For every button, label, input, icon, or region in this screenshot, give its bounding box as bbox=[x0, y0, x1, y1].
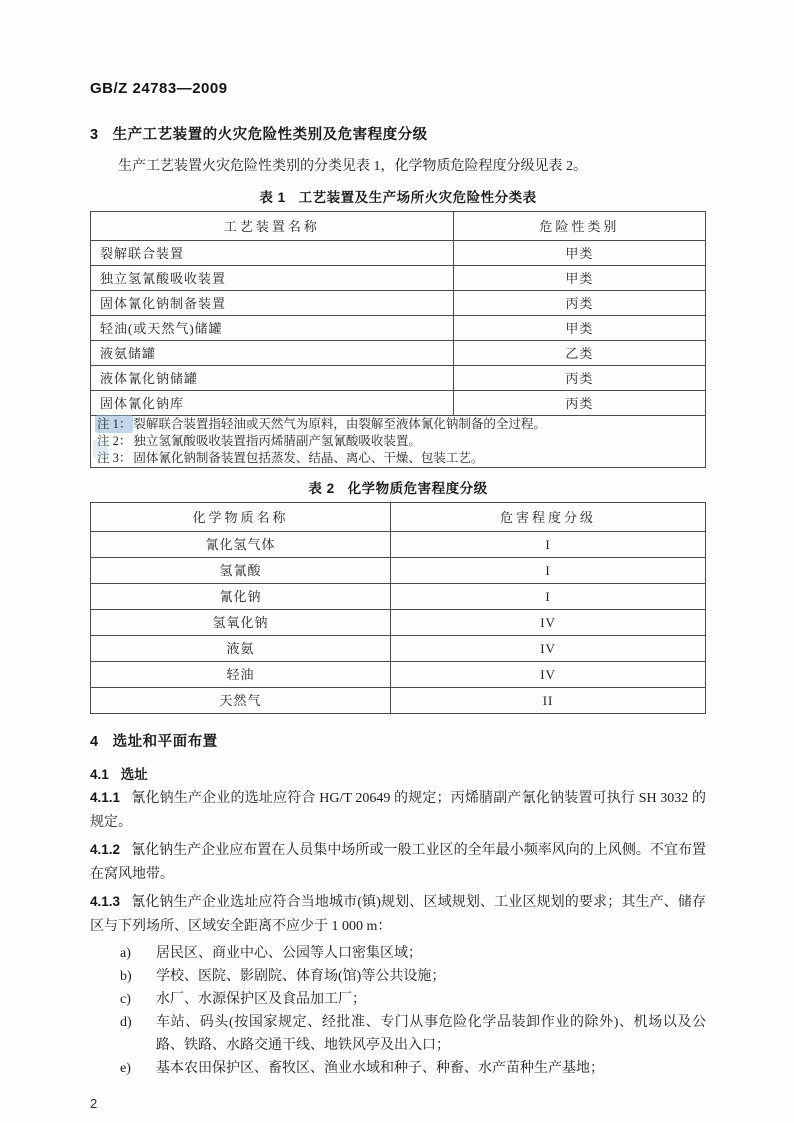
table-row: 固体氰化钠制备装置 丙类 bbox=[91, 291, 706, 316]
table-row: 液氨 IV bbox=[91, 636, 706, 662]
section-4-1-number: 4.1 bbox=[90, 767, 109, 782]
table-1-col-header: 工艺装置名称 bbox=[91, 212, 454, 241]
table-cell-substance: 氰化氢气体 bbox=[91, 532, 391, 558]
list-item-label: a) bbox=[120, 942, 156, 965]
table-cell-class: 丙类 bbox=[453, 291, 705, 316]
table-row: 氰化钠 I bbox=[91, 584, 706, 610]
list-item-a: a) 居民区、商业中心、公园等人口密集区域； bbox=[90, 942, 706, 965]
table-2-col-header: 危害程度分级 bbox=[391, 503, 706, 532]
table-1-caption: 表 1工艺装置及生产场所火灾危险性分类表 bbox=[90, 186, 706, 206]
table-cell-substance: 氰化钠 bbox=[91, 584, 391, 610]
page-number: 2 bbox=[90, 1096, 706, 1111]
list-item-b: b) 学校、医院、影剧院、体育场(馆)等公共设施； bbox=[90, 965, 706, 988]
table-note-1: 注 1：裂解联合装置指轻油或天然气为原料，由裂解至液体氰化钠制备的全过程。 bbox=[97, 416, 699, 433]
table-row: 天然气 II bbox=[91, 688, 706, 714]
table-row: 独立氢氰酸吸收装置 甲类 bbox=[91, 266, 706, 291]
table-cell-device: 液氨储罐 bbox=[91, 341, 454, 366]
table-2-header-row: 化学物质名称 危害程度分级 bbox=[91, 503, 706, 532]
list-item-label: e) bbox=[120, 1057, 156, 1080]
table-cell-grade: I bbox=[391, 532, 706, 558]
section-3-title: 生产工艺装置的火灾危险性类别及危害程度分级 bbox=[113, 127, 428, 143]
table-1-notes: 注 1：裂解联合装置指轻油或天然气为原料，由裂解至液体氰化钠制备的全过程。 注 … bbox=[91, 416, 706, 468]
table-row: 氢氰酸 I bbox=[91, 558, 706, 584]
clause-4-1-3: 4.1.3氰化钠生产企业选址应符合当地城市(镇)规划、区域规划、工业区规划的要求… bbox=[90, 890, 706, 939]
section-4-1-title: 选址 bbox=[121, 767, 148, 782]
section-3-intro: 生产工艺装置火灾危险性类别的分类见表 1，化学物质危险程度分级见表 2。 bbox=[90, 156, 706, 177]
table-1-header-row: 工艺装置名称 危险性类别 bbox=[91, 212, 706, 241]
table-row: 液氨储罐 乙类 bbox=[91, 341, 706, 366]
table-cell-grade: IV bbox=[391, 610, 706, 636]
clause-text: 氰化钠生产企业应布置在人员集中场所或一般工业区的全年最小频率风向的上风侧。不宜布… bbox=[90, 843, 706, 882]
note-1-text: 裂解联合装置指轻油或天然气为原料，由裂解至液体氰化钠制备的全过程。 bbox=[133, 417, 546, 431]
table-cell-device: 裂解联合装置 bbox=[91, 241, 454, 266]
clause-4-1-1: 4.1.1氰化钠生产企业的选址应符合 HG/T 20649 的规定；丙烯腈副产氰… bbox=[90, 786, 706, 835]
clause-number: 4.1.1 bbox=[90, 790, 120, 805]
section-4-heading: 4选址和平面布置 bbox=[90, 730, 706, 751]
doc-code: GB/Z 24783—2009 bbox=[90, 80, 706, 97]
highlight-smudge bbox=[93, 440, 108, 458]
table-2: 化学物质名称 危害程度分级 氰化氢气体 I 氢氰酸 I 氰化钠 I 氢氧化钠 I… bbox=[90, 502, 706, 714]
table-row: 氰化氢气体 I bbox=[91, 532, 706, 558]
list-item-text: 车站、码头(按国家规定、经批准、专门从事危险化学品装卸作业的除外)、机场以及公路… bbox=[156, 1011, 706, 1057]
table-row: 轻油(或天然气)储罐 甲类 bbox=[91, 316, 706, 341]
table-note-2: 注 2：独立氢氰酸吸收装置指丙烯腈副产氢氰酸吸收装置。 bbox=[97, 433, 699, 450]
table-1: 工艺装置名称 危险性类别 裂解联合装置 甲类 独立氢氰酸吸收装置 甲类 固体氰化… bbox=[90, 211, 706, 468]
table-2-col-header: 化学物质名称 bbox=[91, 503, 391, 532]
clause-text: 氰化钠生产企业选址应符合当地城市(镇)规划、区域规划、工业区规划的要求；其生产、… bbox=[90, 895, 706, 934]
list-item-e: e) 基本农田保护区、畜牧区、渔业水域和种子、种畜、水产苗种生产基地； bbox=[90, 1057, 706, 1080]
document-page: GB/Z 24783—2009 3生产工艺装置的火灾危险性类别及危害程度分级 生… bbox=[0, 0, 794, 1123]
table-cell-device: 轻油(或天然气)储罐 bbox=[91, 316, 454, 341]
table-row: 裂解联合装置 甲类 bbox=[91, 241, 706, 266]
table-cell-device: 液体氰化钠储罐 bbox=[91, 366, 454, 391]
clause-4-1-2: 4.1.2氰化钠生产企业应布置在人员集中场所或一般工业区的全年最小频率风向的上风… bbox=[90, 838, 706, 887]
clause-text: 氰化钠生产企业的选址应符合 HG/T 20649 的规定；丙烯腈副产氰化钠装置可… bbox=[90, 791, 706, 830]
list-item-text: 水厂、水源保护区及食品加工厂； bbox=[156, 988, 706, 1011]
section-4-1-heading: 4.1选址 bbox=[90, 763, 706, 783]
note-2-text: 独立氢氰酸吸收装置指丙烯腈副产氢氰酸吸收装置。 bbox=[133, 434, 421, 448]
table-cell-device: 固体氰化钠库 bbox=[91, 391, 454, 416]
table-1-caption-label: 表 1 bbox=[259, 190, 285, 205]
list-item-label: d) bbox=[120, 1011, 156, 1057]
table-cell-grade: I bbox=[391, 584, 706, 610]
table-1-notes-row: 注 1：裂解联合装置指轻油或天然气为原料，由裂解至液体氰化钠制备的全过程。 注 … bbox=[91, 416, 706, 468]
table-cell-grade: IV bbox=[391, 662, 706, 688]
table-cell-class: 丙类 bbox=[453, 391, 705, 416]
table-row: 氢氧化钠 IV bbox=[91, 610, 706, 636]
table-cell-grade: IV bbox=[391, 636, 706, 662]
table-cell-substance: 氢氧化钠 bbox=[91, 610, 391, 636]
table-cell-substance: 氢氰酸 bbox=[91, 558, 391, 584]
table-cell-class: 甲类 bbox=[453, 316, 705, 341]
table-row: 固体氰化钠库 丙类 bbox=[91, 391, 706, 416]
table-cell-class: 丙类 bbox=[453, 366, 705, 391]
note-3-text: 固体氰化钠制备装置包括蒸发、结晶、离心、干燥、包装工艺。 bbox=[133, 451, 483, 465]
table-cell-grade: I bbox=[391, 558, 706, 584]
table-cell-substance: 轻油 bbox=[91, 662, 391, 688]
table-cell-class: 乙类 bbox=[453, 341, 705, 366]
table-cell-device: 固体氰化钠制备装置 bbox=[91, 291, 454, 316]
table-note-3: 注 3：固体氰化钠制备装置包括蒸发、结晶、离心、干燥、包装工艺。 bbox=[97, 450, 699, 467]
table-cell-grade: II bbox=[391, 688, 706, 714]
list-item-text: 学校、医院、影剧院、体育场(馆)等公共设施； bbox=[156, 965, 706, 988]
table-2-caption: 表 2化学物质危害程度分级 bbox=[90, 477, 706, 497]
clause-number: 4.1.2 bbox=[90, 842, 120, 857]
clause-4-1-3-list: a) 居民区、商业中心、公园等人口密集区域； b) 学校、医院、影剧院、体育场(… bbox=[90, 942, 706, 1080]
section-4-title: 选址和平面布置 bbox=[113, 734, 218, 750]
list-item-d: d) 车站、码头(按国家规定、经批准、专门从事危险化学品装卸作业的除外)、机场以… bbox=[90, 1011, 706, 1057]
table-1-caption-title: 工艺装置及生产场所火灾危险性分类表 bbox=[299, 190, 537, 205]
table-2-caption-label: 表 2 bbox=[308, 481, 334, 496]
list-item-label: b) bbox=[120, 965, 156, 988]
list-item-label: c) bbox=[120, 988, 156, 1011]
list-item-text: 居民区、商业中心、公园等人口密集区域； bbox=[156, 942, 706, 965]
section-3-number: 3 bbox=[90, 127, 99, 143]
section-4-number: 4 bbox=[90, 734, 99, 750]
note-1-label: 注 1： bbox=[97, 417, 131, 431]
table-cell-device: 独立氢氰酸吸收装置 bbox=[91, 266, 454, 291]
table-cell-class: 甲类 bbox=[453, 266, 705, 291]
list-item-text: 基本农田保护区、畜牧区、渔业水域和种子、种畜、水产苗种生产基地； bbox=[156, 1057, 706, 1080]
table-row: 液体氰化钠储罐 丙类 bbox=[91, 366, 706, 391]
table-row: 轻油 IV bbox=[91, 662, 706, 688]
clause-number: 4.1.3 bbox=[90, 894, 120, 909]
section-3-heading: 3生产工艺装置的火灾危险性类别及危害程度分级 bbox=[90, 123, 706, 144]
list-item-c: c) 水厂、水源保护区及食品加工厂； bbox=[90, 988, 706, 1011]
table-cell-substance: 液氨 bbox=[91, 636, 391, 662]
table-cell-class: 甲类 bbox=[453, 241, 705, 266]
table-cell-substance: 天然气 bbox=[91, 688, 391, 714]
table-1-col-header: 危险性类别 bbox=[453, 212, 705, 241]
table-2-caption-title: 化学物质危害程度分级 bbox=[348, 481, 488, 496]
